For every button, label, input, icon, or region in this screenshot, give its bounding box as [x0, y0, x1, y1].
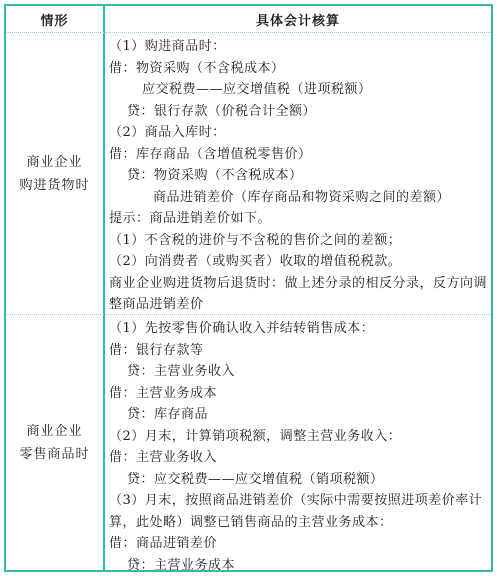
row-purchase-label-line1: 商业企业 — [26, 151, 82, 174]
entry-line: 借：商品进销差价 — [109, 533, 487, 555]
entry-line: 借：库存商品（含增值税零售价） — [109, 144, 487, 166]
entry-line: 借：银行存款等 — [109, 340, 487, 362]
entry-line: 借：物资采购（不含税成本） — [109, 58, 487, 80]
header-accounting: 具体会计核算 — [105, 6, 491, 33]
entry-line: 商品进销差价（库存商品和物资采购之间的差额） — [109, 187, 487, 209]
entry-line: 应交税费——应交增值税（进项税额） — [109, 79, 487, 101]
entry-line: 借：主营业务收入 — [109, 447, 487, 469]
header-situation-label: 情形 — [40, 10, 68, 29]
entry-line: （1）不含税的进价与不含税的售价之间的差额； — [109, 230, 487, 252]
header-situation: 情形 — [6, 6, 105, 33]
entry-line: 贷：物资采购（不含税成本） — [109, 165, 487, 187]
entry-line: （2）月末，计算销项税额，调整主营业务收入： — [109, 426, 487, 448]
entry-line: 借：主营业务成本 — [109, 383, 487, 405]
row-retail-label: 商业企业 零售商品时 — [6, 314, 105, 570]
entry-line: （2）商品入库时： — [109, 122, 487, 144]
entry-line: 贷：库存商品 — [109, 404, 487, 426]
entry-line: （1）先按零售价确认收入并结转销售成本： — [109, 318, 487, 340]
header-accounting-label: 具体会计核算 — [256, 10, 340, 29]
entry-line: 贷：应交税费——应交增值税（销项税额） — [109, 469, 487, 491]
row-purchase-label: 商业企业 购进货物时 — [6, 33, 105, 314]
entry-line: 贷：主营业务收入 — [109, 361, 487, 383]
entry-line: （3）月末，按照商品进销差价（实际中需要按照进项差价率计算，此处略）调整已销售商… — [109, 490, 487, 533]
row-purchase-content: （1）购进商品时： 借：物资采购（不含税成本） 应交税费——应交增值税（进项税额… — [105, 33, 491, 314]
row-retail-content: （1）先按零售价确认收入并结转销售成本： 借：银行存款等 贷：主营业务收入 借：… — [105, 314, 491, 570]
entry-line: 商业企业购进货物后退货时：做上述分录的相反分录，反方向调整商品进销差价 — [109, 273, 487, 315]
row-purchase-label-line2: 购进货物时 — [19, 174, 89, 197]
entry-line: （1）购进商品时： — [109, 36, 487, 58]
entry-line: 贷：主营业务成本 — [109, 555, 487, 571]
accounting-table: 情形 具体会计核算 商业企业 购进货物时 （1）购进商品时： 借：物资采购（不含… — [4, 4, 493, 572]
entry-line: 贷：银行存款（价税合计全额） — [109, 101, 487, 123]
entry-line: （2）向消费者（或购买者）收取的增值税税款。 — [109, 251, 487, 273]
entry-line: 提示：商品进销差价如下。 — [109, 208, 487, 230]
row-retail-label-line1: 商业企业 — [26, 420, 82, 443]
row-retail-label-line2: 零售商品时 — [19, 443, 89, 466]
